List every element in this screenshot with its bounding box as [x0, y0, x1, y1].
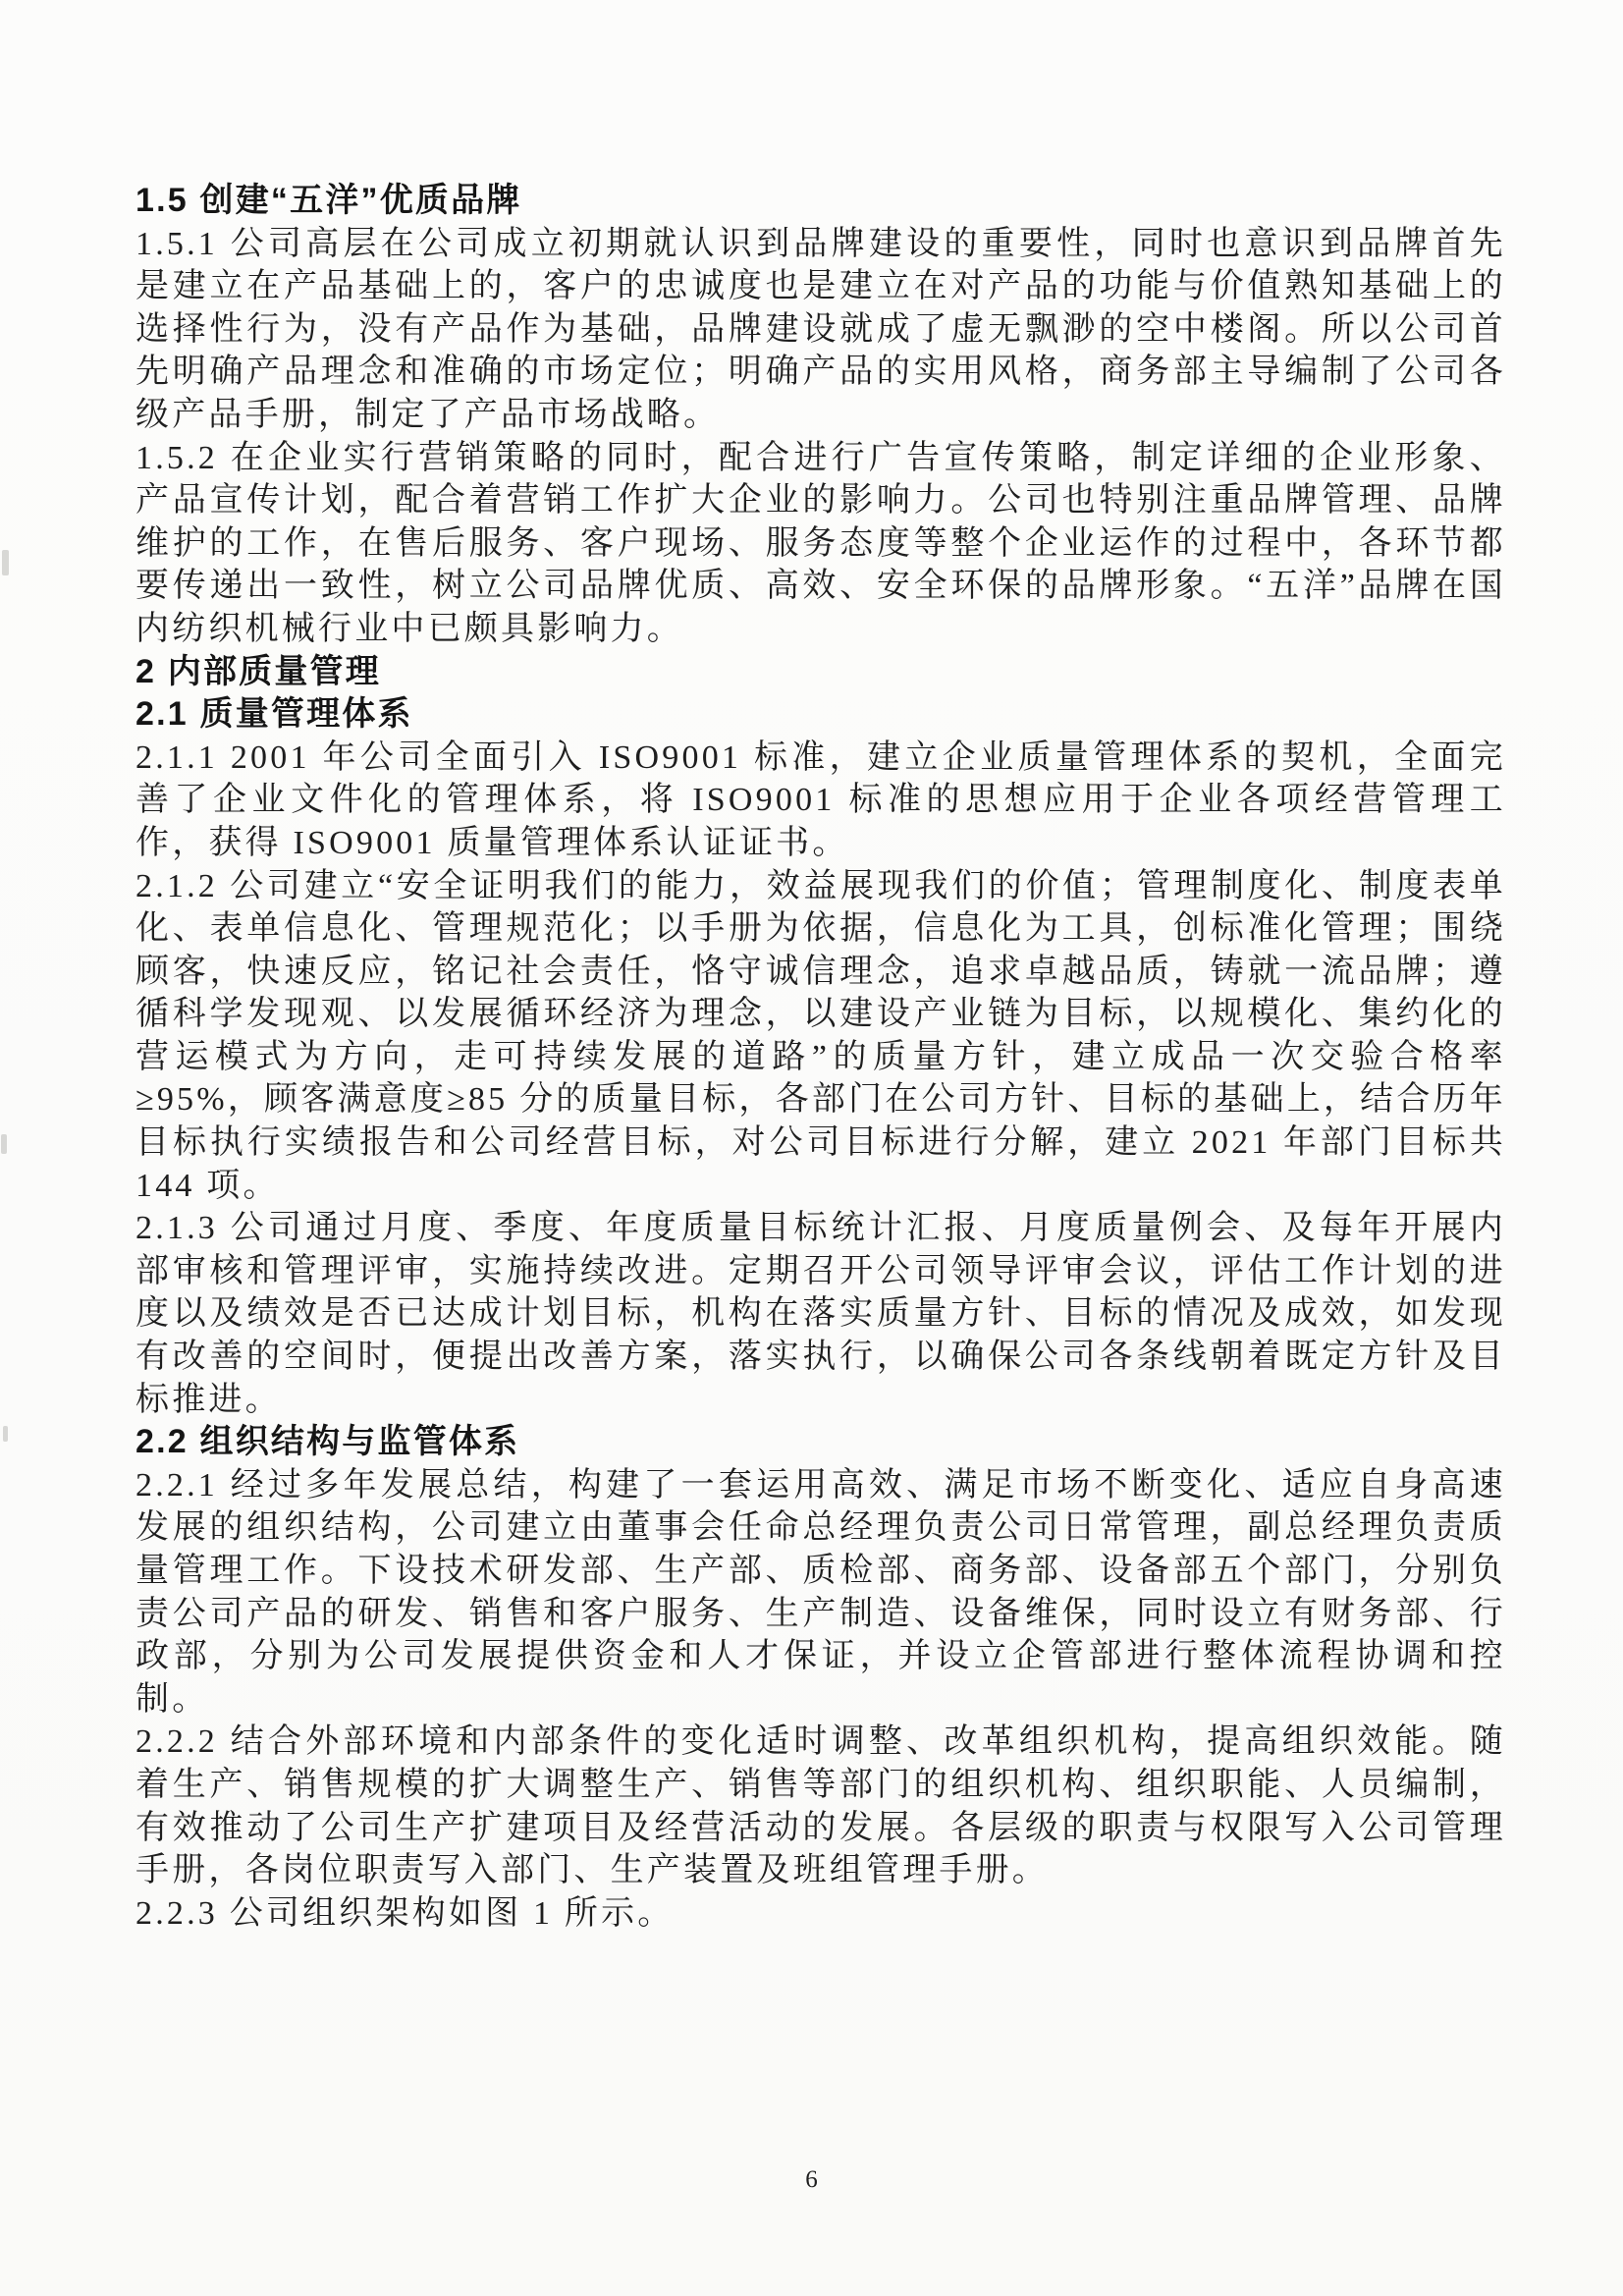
page-number: 6 [805, 2166, 818, 2193]
scan-artifact [3, 1426, 8, 1442]
paragraph-2-1-2: 2.1.2 公司建立“安全证明我们的能力，效益展现我们的价值；管理制度化、制度表… [135, 865, 1506, 1208]
section-heading-2-2: 2.2 组织结构与监管体系 [135, 1421, 1506, 1464]
paragraph-2-2-3: 2.2.3 公司组织架构如图 1 所示。 [135, 1892, 1506, 1936]
document-page: 1.5 创建“五洋”优质品牌 1.5.1 公司高层在公司成立初期就认识到品牌建设… [0, 0, 1623, 2296]
page-footer: 6 [0, 2166, 1623, 2194]
paragraph-1-5-2: 1.5.2 在企业实行营销策略的同时，配合进行广告宣传策略，制定详细的企业形象、… [135, 437, 1506, 651]
section-heading-1-5: 1.5 创建“五洋”优质品牌 [135, 180, 1506, 223]
scan-artifact [1, 1134, 7, 1154]
document-body: 1.5 创建“五洋”优质品牌 1.5.1 公司高层在公司成立初期就认识到品牌建设… [135, 180, 1506, 1935]
paragraph-1-5-1: 1.5.1 公司高层在公司成立初期就认识到品牌建设的重要性，同时也意识到品牌首先… [135, 223, 1506, 437]
section-heading-2: 2 内部质量管理 [135, 651, 1506, 694]
paragraph-2-2-1: 2.2.1 经过多年发展总结，构建了一套运用高效、满足市场不断变化、适应自身高速… [135, 1464, 1506, 1722]
paragraph-2-1-1: 2.1.1 2001 年公司全面引入 ISO9001 标准，建立企业质量管理体系… [135, 737, 1506, 865]
scan-artifact [2, 550, 9, 575]
section-heading-2-1: 2.1 质量管理体系 [135, 693, 1506, 737]
paragraph-2-1-3: 2.1.3 公司通过月度、季度、年度质量目标统计汇报、月度质量例会、及每年开展内… [135, 1207, 1506, 1421]
paragraph-2-2-2: 2.2.2 结合外部环境和内部条件的变化适时调整、改革组织机构，提高组织效能。随… [135, 1721, 1506, 1891]
